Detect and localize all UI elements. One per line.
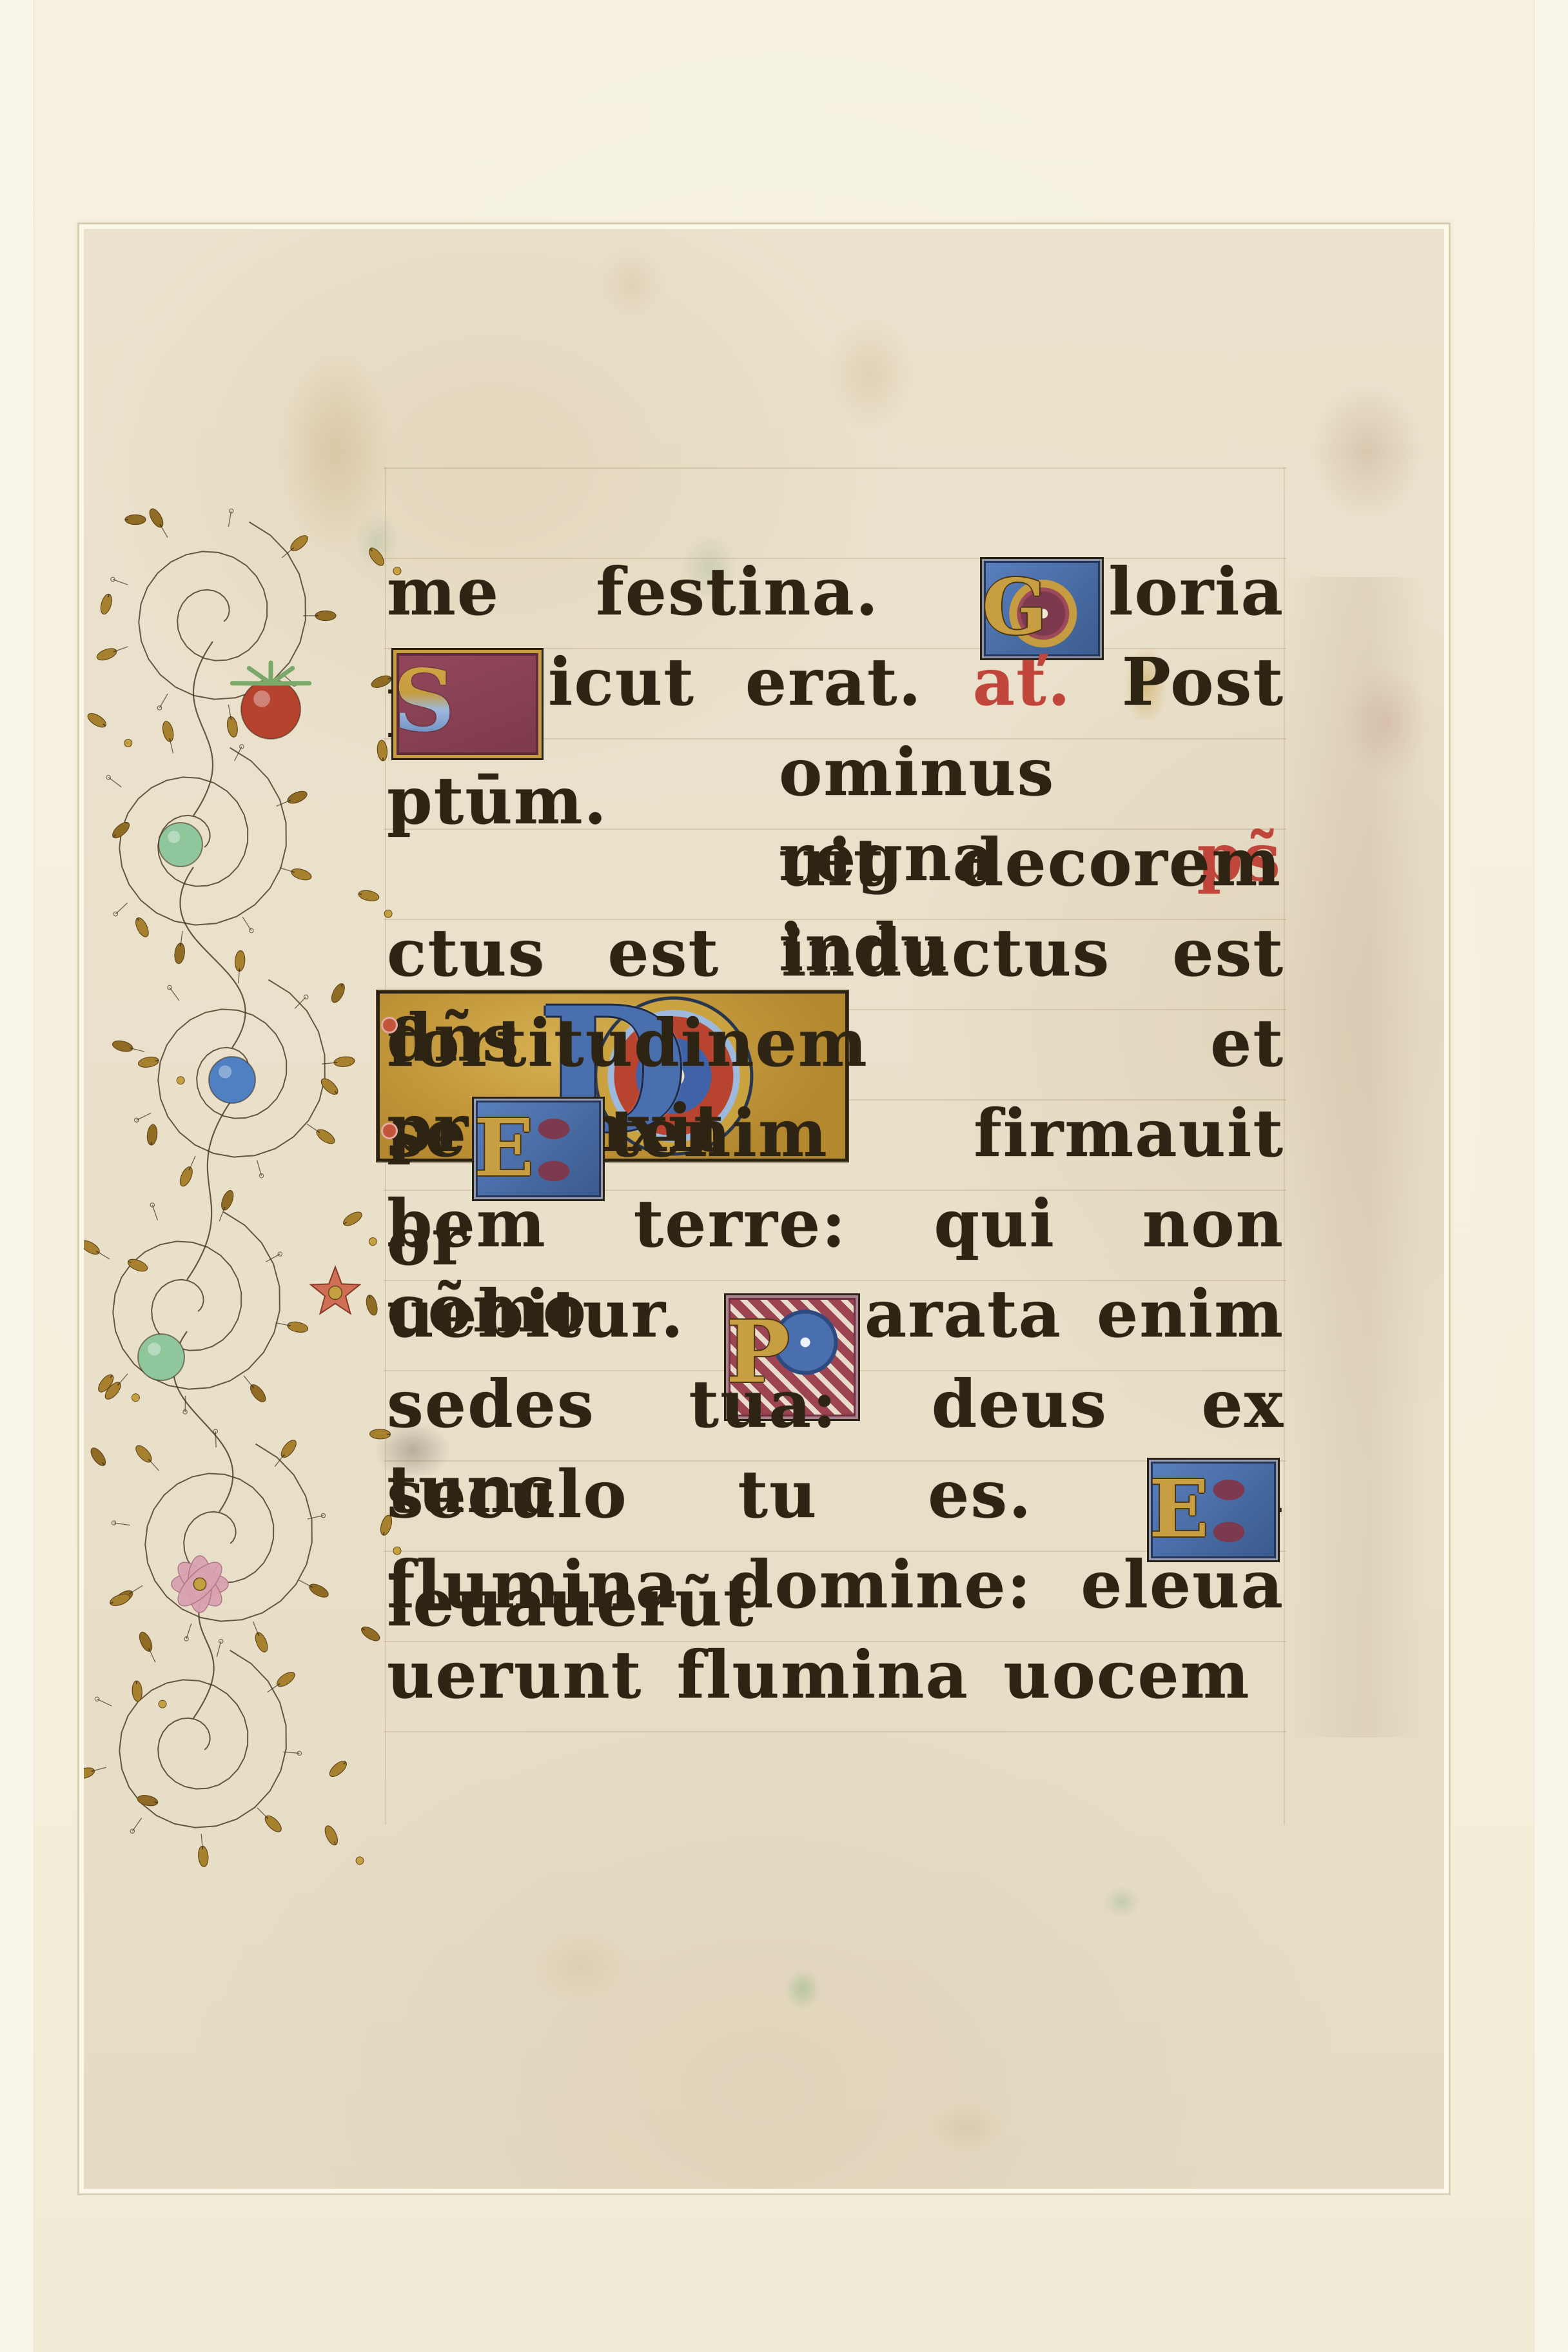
gold-ivy-leaf [253, 1631, 270, 1654]
body-text: icut erat. [548, 643, 973, 720]
ivy-vine-border [84, 477, 409, 1934]
text-line-13: uerunt flumina uocem [387, 1632, 1284, 1723]
vellum-leaf: D me festina. Gloria prīSicut erat. ať. … [84, 229, 1444, 2189]
gold-ivy-leaf [125, 515, 146, 525]
stain-blotch [825, 316, 916, 432]
gold-ivy-leaf [359, 1624, 382, 1643]
stain-blotch [1341, 664, 1431, 780]
gold-dot [159, 1700, 166, 1708]
gold-ivy-leaf [318, 1076, 340, 1097]
gold-ivy-leaf [286, 789, 308, 805]
gold-ivy-leaf [248, 1382, 268, 1404]
gold-ivy-leaf [262, 1813, 284, 1834]
gold-ivy-leaf [219, 1189, 235, 1211]
gold-ivy-leaf [161, 720, 175, 743]
tendril-curl [240, 745, 244, 749]
vine-spiral [119, 748, 286, 925]
tendril-curl [157, 706, 161, 710]
text-line-6: fortitudinem et precinxit [387, 1001, 1284, 1091]
body-text: se [387, 1095, 467, 1171]
illuminated-initial-s: S [393, 650, 542, 758]
vine-stem [193, 642, 213, 816]
gold-ivy-leaf [99, 593, 113, 616]
gold-ivy-leaf [197, 1846, 209, 1867]
gold-ivy-leaf [364, 1294, 379, 1317]
text-line-1: me festina. Gloria prī [387, 549, 1284, 640]
gold-ivy-leaf [279, 1438, 299, 1460]
gold-ivy-leaf [322, 1824, 340, 1847]
body-text: seculo tu es. [387, 1456, 1142, 1533]
stain-blotch [1102, 1885, 1141, 1919]
gold-ivy-leaf [333, 1056, 355, 1068]
text-line-2: Sicut erat. ať. Post ptūm. [387, 640, 1284, 730]
text-line-3: ominus regna ps̃ [779, 730, 1282, 820]
star-flower [311, 1267, 360, 1313]
mat-window-bevel: D me festina. Gloria prīSicut erat. ať. … [84, 229, 1444, 2189]
gold-ivy-leaf [226, 716, 239, 738]
text-line-12: flumina domine: eleua [387, 1542, 1284, 1632]
gold-ivy-leaf [235, 950, 246, 972]
gold-ivy-leaf [366, 545, 386, 568]
vine-stem [187, 1099, 232, 1280]
vine-spiral [145, 1444, 312, 1622]
gold-ivy-leaf [132, 1681, 142, 1702]
gold-ivy-leaf [147, 507, 166, 529]
gold-ivy-leaf [358, 889, 380, 903]
tendril-curl [113, 912, 117, 916]
tendril-curl [106, 776, 110, 779]
pink-flower [171, 1556, 228, 1612]
text-line-10: sedes tua: deus ex tunc a [387, 1362, 1284, 1452]
ruled-line [384, 467, 1286, 469]
tendril-curl [111, 577, 115, 581]
gold-dot [124, 740, 132, 747]
frame-edge-left [0, 0, 34, 2352]
body-text: flumina domine: eleua [387, 1546, 1284, 1623]
gold-ivy-leaf [84, 1766, 95, 1781]
green-berry [159, 823, 202, 867]
gold-ivy-leaf [137, 1794, 159, 1807]
vine-spiral [139, 522, 306, 700]
gold-ivy-leaf [177, 1165, 195, 1188]
gold-ivy-leaf [137, 1631, 154, 1653]
stain-blotch [529, 1928, 632, 2005]
stain-blotch [1309, 380, 1425, 522]
tendril-curl [134, 1118, 138, 1122]
blue-berry [209, 1057, 255, 1103]
initial-letter: S [393, 650, 542, 753]
text-line-9: uebitur. Parata enim [387, 1271, 1284, 1362]
ink-showthrough [1286, 577, 1425, 1738]
body-text: uerunt flumina uocem [387, 1636, 1251, 1713]
body-text: me festina. [387, 553, 975, 630]
gold-ivy-leaf [133, 916, 152, 939]
body-text: P [1122, 643, 1170, 720]
rubric-text: ať. [973, 643, 1122, 720]
gold-ivy-leaf [112, 1039, 134, 1053]
gold-dot [369, 1238, 377, 1246]
gold-ivy-leaf [290, 867, 313, 882]
gold-ivy-leaf [95, 646, 118, 662]
gold-ivy-leaf [341, 1210, 364, 1228]
gold-dot [132, 1394, 139, 1402]
text-line-8: bem terre: qui non cõmo [387, 1181, 1284, 1271]
red-berry [232, 663, 309, 739]
gold-ivy-leaf [315, 1127, 337, 1146]
red-corner-ornament [381, 1017, 398, 1034]
green-berry [138, 1334, 184, 1380]
text-line-5: ctus est inductus est dñs [387, 910, 1284, 1001]
text-line-4: uit decorem indu [779, 820, 1282, 910]
gold-ivy-leaf [329, 982, 347, 1004]
gold-ivy-leaf [288, 533, 310, 553]
text-line-11: seculo tu es. Eleuauerũt [387, 1452, 1284, 1542]
gold-ivy-leaf [137, 1055, 159, 1068]
frame-edge-right [1534, 0, 1568, 2352]
body-text: uebitur. [387, 1275, 720, 1352]
gold-ivy-leaf [126, 1257, 149, 1273]
gold-ivy-leaf [86, 710, 108, 730]
gold-ivy-leaf [315, 611, 336, 621]
red-corner-ornament [381, 1122, 398, 1139]
gold-ivy-leaf [133, 1443, 155, 1465]
text-line-7: seEtenim firmauit or [387, 1091, 1284, 1181]
gold-ivy-leaf [173, 943, 186, 965]
stain-blotch [596, 245, 667, 322]
body-text: arata enim [865, 1275, 1284, 1352]
gold-ivy-leaf [327, 1758, 349, 1779]
gold-ivy-leaf [287, 1320, 309, 1334]
gold-ivy-leaf [275, 1669, 297, 1689]
ruled-line [384, 1731, 1286, 1732]
stain-blotch [928, 2102, 1006, 2153]
gold-dot [356, 1857, 364, 1865]
gold-dot [177, 1077, 184, 1084]
stain-blotch [785, 1968, 821, 2010]
gold-ivy-leaf [308, 1582, 330, 1600]
gold-ivy-leaf [146, 1124, 158, 1145]
gold-ivy-leaf [88, 1445, 108, 1468]
gold-ivy-leaf [84, 1238, 102, 1257]
photograph-of-framed-manuscript: { "artwork": { "description": "Framed le… [0, 0, 1568, 2352]
